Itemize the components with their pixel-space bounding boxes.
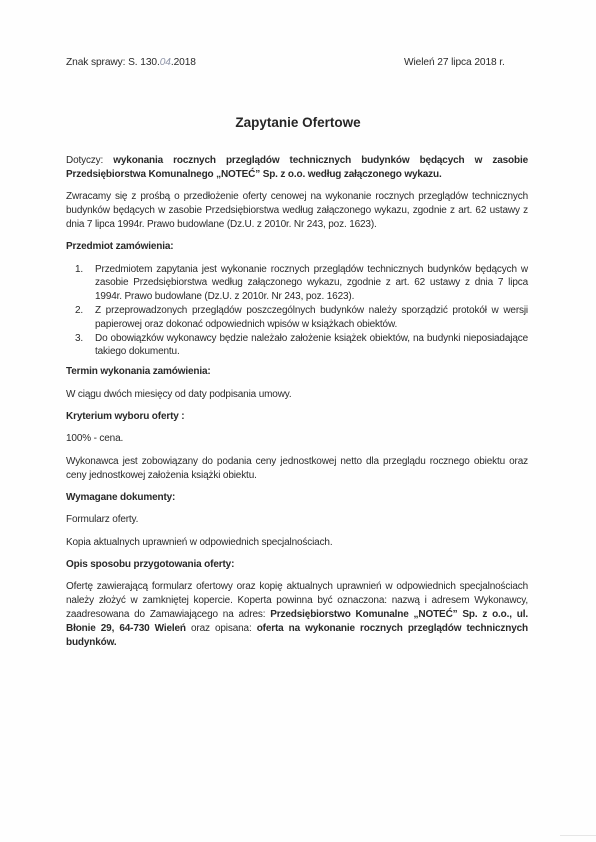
order-subject-heading: Przedmiot zamówienia: xyxy=(66,240,528,254)
intro-paragraph: Zwracamy się z prośbą o przedłożenie ofe… xyxy=(66,190,528,231)
document-page: Znak sprawy: S. 130.04.2018 Wieleń 27 li… xyxy=(0,0,596,842)
document-item: Kopia aktualnych uprawnień w odpowiednic… xyxy=(66,536,528,550)
scan-edge-line xyxy=(560,835,596,836)
list-item-text: Z przeprowadzonych przeglądów poszczegól… xyxy=(95,305,528,330)
criterion-text: 100% - cena. xyxy=(66,432,528,446)
list-item: 2.Z przeprowadzonych przeglądów poszczeg… xyxy=(66,304,528,332)
list-number: 3. xyxy=(75,332,83,346)
place-date: Wieleń 27 lipca 2018 r. xyxy=(404,57,505,68)
subject-text: wykonania rocznych przeglądów techniczny… xyxy=(66,155,528,180)
documents-heading: Wymagane dokumenty: xyxy=(66,491,528,505)
deadline-heading: Termin wykonania zamówienia: xyxy=(66,365,528,379)
list-item: 1.Przedmiotem zapytania jest wykonanie r… xyxy=(66,263,528,304)
case-number-suffix: .2018 xyxy=(171,57,196,68)
order-subject-list: 1.Przedmiotem zapytania jest wykonanie r… xyxy=(66,263,528,360)
document-body: Dotyczy: wykonania rocznych przeglądów t… xyxy=(66,154,528,658)
preparation-heading: Opis sposobu przygotowania oferty: xyxy=(66,558,528,572)
list-item-text: Przedmiotem zapytania jest wykonanie roc… xyxy=(95,264,528,303)
list-item-text: Do obowiązków wykonawcy będzie należało … xyxy=(95,333,528,358)
case-number-handwritten: 04 xyxy=(160,57,171,68)
document-item: Formularz oferty. xyxy=(66,513,528,527)
case-number-label: Znak sprawy: S. 130. xyxy=(66,57,160,68)
list-number: 2. xyxy=(75,304,83,318)
preparation-paragraph: Ofertę zawierającą formularz ofertowy or… xyxy=(66,580,528,649)
list-number: 1. xyxy=(75,263,83,277)
subject-paragraph: Dotyczy: wykonania rocznych przeglądów t… xyxy=(66,154,528,182)
list-item: 3.Do obowiązków wykonawcy będzie należał… xyxy=(66,332,528,360)
deadline-text: W ciągu dwóch miesięcy od daty podpisani… xyxy=(66,388,528,402)
subject-label: Dotyczy: xyxy=(66,155,113,166)
case-number: Znak sprawy: S. 130.04.2018 xyxy=(66,57,196,68)
preparation-text-mid: oraz opisana: xyxy=(186,623,257,634)
criterion-note: Wykonawca jest zobowiązany do podania ce… xyxy=(66,455,528,483)
criterion-heading: Kryterium wyboru oferty : xyxy=(66,410,528,424)
document-title: Zapytanie Ofertowe xyxy=(0,115,596,130)
